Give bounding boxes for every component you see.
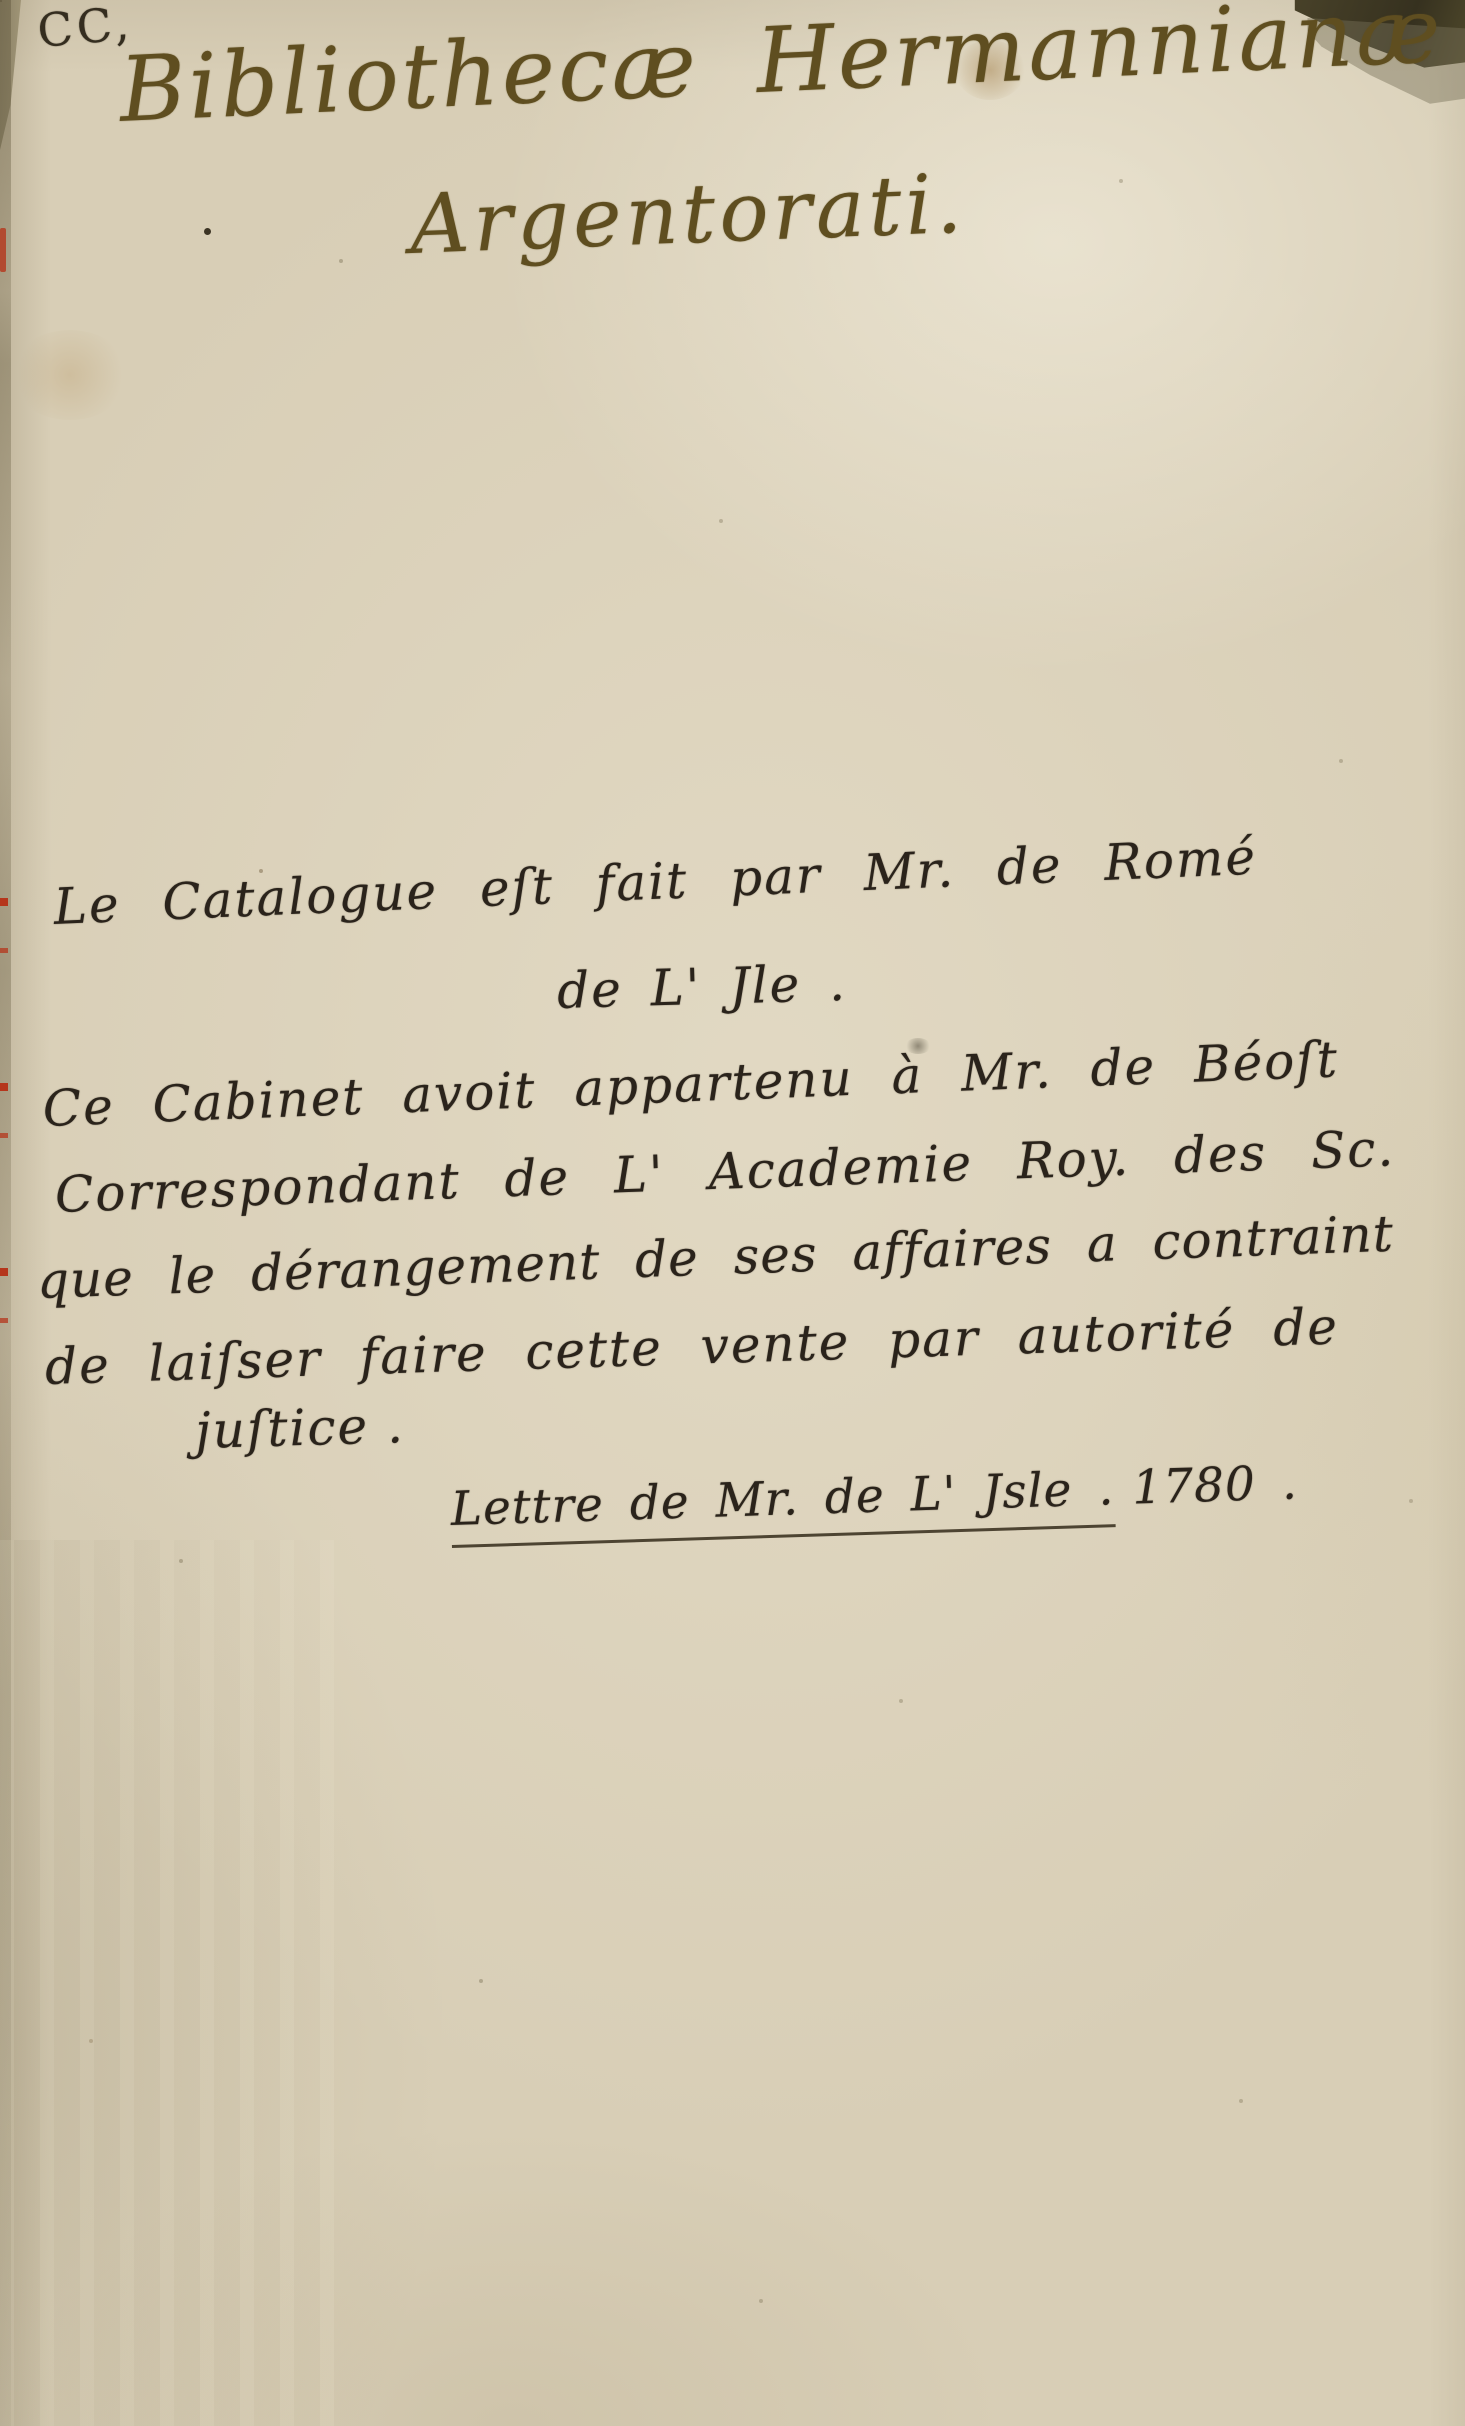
- provenance-note-line-1: Ce Cabinet avoit appartenu à Mr. de Béoſ…: [42, 1030, 1340, 1138]
- manuscript-page: CC, Bibliothecæ Hermannianæ Argentorati.…: [0, 0, 1465, 2426]
- catalogue-note-line-2: de L' Jle .: [556, 954, 847, 1020]
- provenance-note-line-2: Correspondant de L' Academie Roy. des Sc…: [54, 1119, 1396, 1224]
- paper-smudge: [0, 1540, 340, 2426]
- provenance-note-line-4: de laiſser faire cette vente par autorit…: [44, 1297, 1339, 1396]
- provenance-note-line-3: que le dérangement de ses affaires a con…: [36, 1205, 1395, 1310]
- provenance-note-line-5: juſtice .: [194, 1396, 405, 1460]
- source-note: Lettre de Mr. de L' Jsle .1780 .: [450, 1455, 1299, 1548]
- source-note-date: 1780 .: [1131, 1455, 1298, 1515]
- ink-speck: [204, 228, 211, 235]
- paper-specks: [0, 0, 2, 2]
- paper-stain: [10, 330, 130, 420]
- red-edge-speckles: [0, 828, 8, 1388]
- title-line-2: Argentorati.: [408, 157, 967, 273]
- catalogue-note-line-1: Le Catalogue eſt fait par Mr. de Romé: [53, 828, 1258, 936]
- source-note-text: Lettre de Mr. de L' Jsle .: [450, 1461, 1116, 1548]
- red-edge-mark: [0, 228, 6, 272]
- title-line-1: Bibliothecæ Hermannianæ: [117, 0, 1445, 143]
